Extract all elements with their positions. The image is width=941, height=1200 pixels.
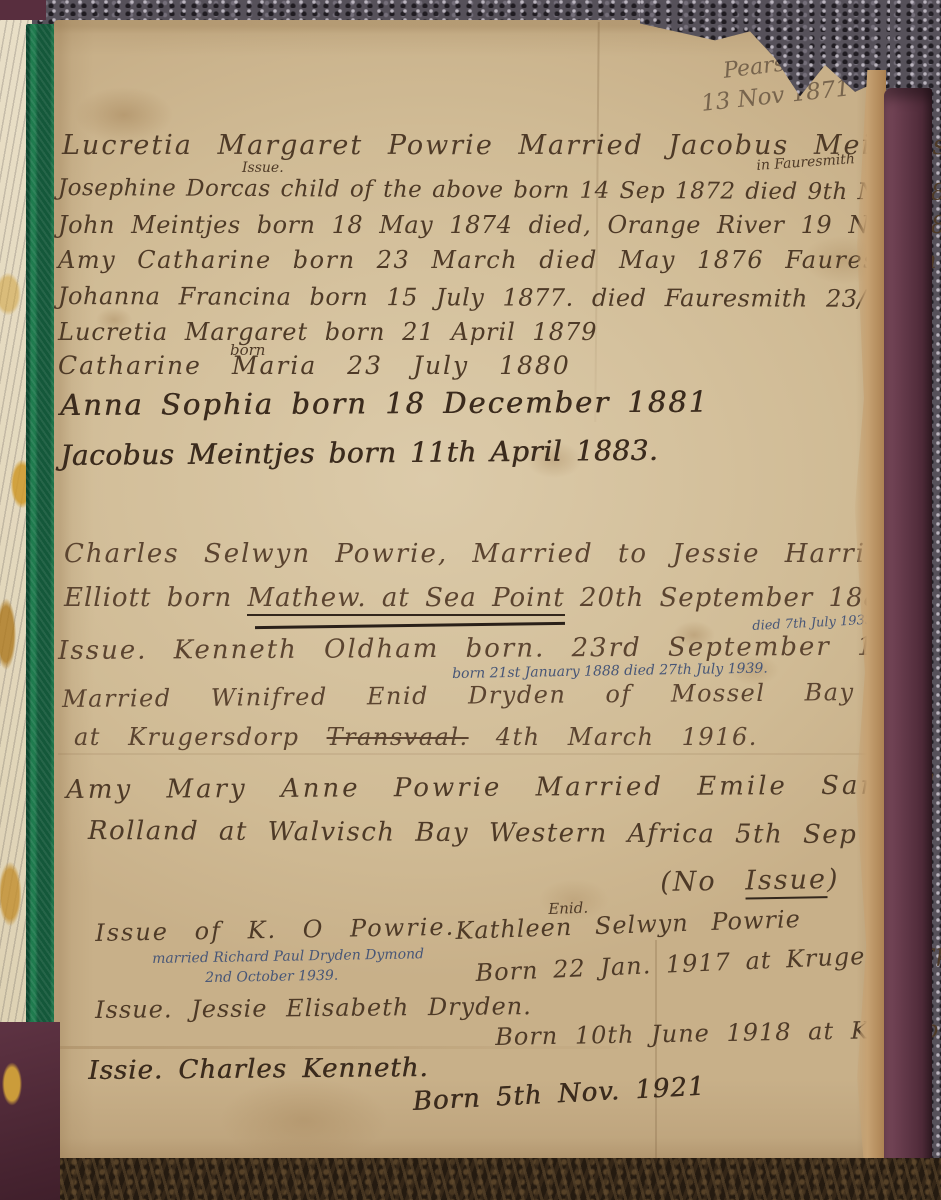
at-pre: at Krugersdorp <box>74 723 327 751</box>
handwriting-child-jacobus: Jacobus Meintjes born 11th April 1883. <box>60 436 658 472</box>
no-issue-word: Issue <box>745 864 827 899</box>
at-struck-word: Transvaal. <box>327 723 469 751</box>
handwriting-powrie-marriage-1: Charles Selwyn Powrie, Married to Jessie… <box>64 540 896 569</box>
handwriting-child-john: John Meintjes born 18 May 1874 died, Ora… <box>58 212 941 238</box>
photograph-family-register-page: Pearston 13 Nov 1871 Lucretia Margaret P… <box>0 0 941 1200</box>
handwriting-child-amy: Amy Catharine born 23 March died May 187… <box>58 247 939 273</box>
handwriting-rolland-1: Amy Mary Anne Powrie Married Emile Samue… <box>66 771 938 804</box>
handwriting-powrie-at-line: at Krugersdorp Transvaal. 4th March 1916… <box>74 724 758 750</box>
handwriting-child-lucretia: Lucretia Margaret born 21 April 1879 <box>58 319 598 345</box>
handwriting-child-johanna: Johanna Francina born 15 July 1877. died… <box>58 283 916 312</box>
page-crease-horizontal <box>58 753 868 755</box>
handwriting-rolland-2: Rolland at Walvisch Bay Western Africa 5… <box>88 817 931 850</box>
book-cover-corner-top-left <box>0 0 46 20</box>
maroon-leather-cover-edge <box>884 88 932 1168</box>
handwriting-ko-issue-2: Issue. Jessie Elisabeth Dryden. <box>95 993 532 1023</box>
handwriting-ko-married-date-blue: 2nd October 1939. <box>205 969 338 987</box>
handwriting-powrie-marriage-2: Elliott born Mathew. at Sea Point 20th S… <box>64 584 908 613</box>
handwriting-enid-insert: Enid. <box>548 900 588 918</box>
handwriting-child-catharine: Catharine Maria 23 July 1880 <box>58 352 571 380</box>
marriage-2-underlined: Mathew. at Sea Point <box>247 583 564 616</box>
handwriting-ko-header-left: Issue of K. O Powrie. <box>95 914 455 947</box>
book-cover-corner-bottom-left <box>0 1022 60 1200</box>
handwriting-no-issue: (No Issue) <box>660 865 840 898</box>
no-issue-open: (No <box>660 866 746 898</box>
handwriting-child-josephine: Josephine Dorcas child of the above born… <box>58 176 941 206</box>
handwriting-ko-issue-3: Issie. Charles Kenneth. <box>88 1054 429 1086</box>
handwriting-child-anna: Anna Sophia born 18 December 1881 <box>60 387 709 422</box>
marriage-2-pre: Elliott born <box>64 583 247 613</box>
handwriting-issue-insert: Issue. <box>242 161 284 176</box>
marriage-2-rest: 20th September 1883. <box>565 583 908 613</box>
handwriting-powrie-issue: Issue. Kenneth Oldham born. 23rd Septemb… <box>58 632 931 665</box>
no-issue-close: ) <box>827 864 840 895</box>
at-rest: 4th March 1916. <box>469 723 758 751</box>
carpet-bottom-strip <box>0 1158 941 1200</box>
